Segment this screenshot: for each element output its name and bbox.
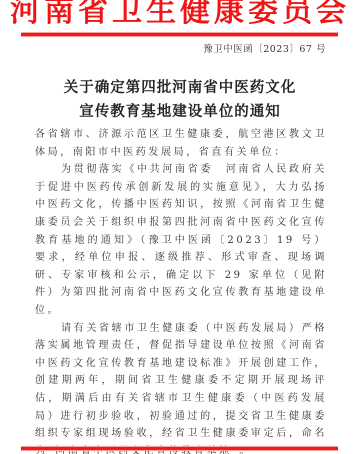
salutation: 各省辖市、济源示范区卫生健康委，航空港区教文卫体局，南阳市中医药发展局，省直有关… [35, 126, 327, 161]
issuer-header: 河南省卫生健康委员会 [0, 0, 360, 30]
paragraph-2: 请有关省辖市卫生健康委（中医药发展局）严格落实属地管理责任，督促指导建设单位按照… [35, 320, 327, 454]
document-title-line-2: 宣传教育基地建设单位的通知 [0, 100, 360, 121]
document-title-line-1: 关于确定第四批河南省中医药文化 [0, 76, 360, 97]
footer-red-rule [21, 447, 338, 450]
header-red-rule [21, 33, 338, 36]
paragraph-1: 为贯彻落实《中共河南省委 河南省人民政府关于促进中医药传承创新发展的实施意见》，… [35, 161, 327, 319]
document-body: 各省辖市、济源示范区卫生健康委，航空港区教文卫体局，南阳市中医药发展局，省直有关… [35, 126, 327, 454]
document-number: 豫卫中医函〔2023〕67 号 [203, 41, 326, 55]
